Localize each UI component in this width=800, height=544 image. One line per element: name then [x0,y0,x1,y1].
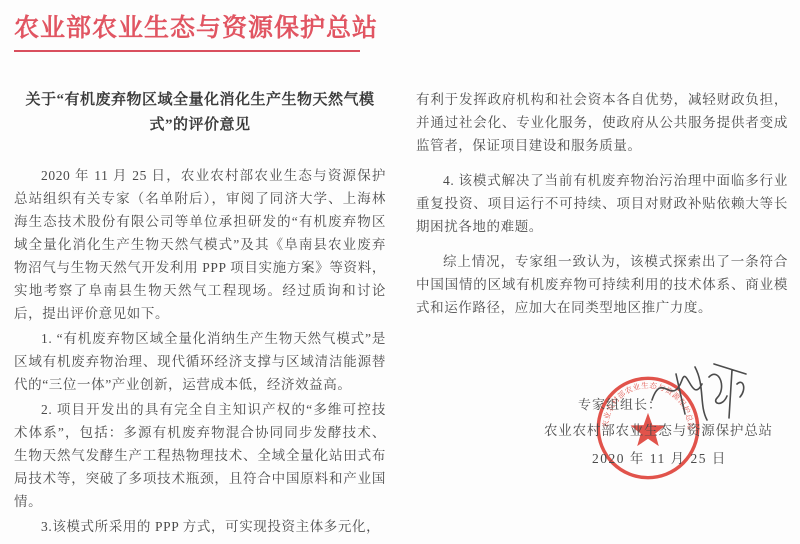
paragraph-conclusion: 综上情况，专家组一致认为，该模式探索出了一条符合中国国情的区域有机废弃物可持续利… [416,250,788,319]
paragraph-point-3-start: 3.该模式所采用的 PPP 方式，可实现投资主体多元化， [14,515,386,538]
paragraph-point-1: 1. “有机废弃物区域全量化消纳生产生物天然气模式”是区域有机废弃物治理、现代循… [14,327,386,396]
document-page: 农业部农业生态与资源保护总站 关于“有机废弃物区域全量化消化生产生物天然气模 式… [0,0,800,544]
document-title: 关于“有机废弃物区域全量化消化生产生物天然气模 式”的评价意见 [14,88,386,138]
letterhead-org-title: 农业部农业生态与资源保护总站 [14,8,360,44]
document-title-line1: 关于“有机废弃物区域全量化消化生产生物天然气模 [14,88,386,113]
left-column: 关于“有机废弃物区域全量化消化生产生物天然气模 式”的评价意见 2020 年 1… [14,88,386,538]
signature-scribble [648,358,756,428]
document-title-line2: 式”的评价意见 [14,113,386,138]
paragraph-point-3-continued: 有利于发挥政府机构和社会资本各自优势，减轻财政负担，并通过社会化、专业化服务，使… [416,88,788,157]
paragraph-intro: 2020 年 11 月 25 日，农业农村部农业生态与资源保护总站组织有关专家（… [14,164,386,325]
paragraph-point-2: 2. 项目开发出的具有完全自主知识产权的“多维可控技术体系”，包括：多源有机废弃… [14,398,386,513]
paragraph-point-4: 4. 该模式解决了当前有机废弃物治污治理中面临多行业重复投资、项目运行不可持续、… [416,169,788,238]
signature-block: 农业农村部农业生态与资源保护总站 专家组组长： 农业农村部农业生态与资源保护总站… [530,358,790,528]
letterhead: 农业部农业生态与资源保护总站 [14,8,360,52]
document-date: 2020 年 11 月 25 日 [592,447,727,467]
